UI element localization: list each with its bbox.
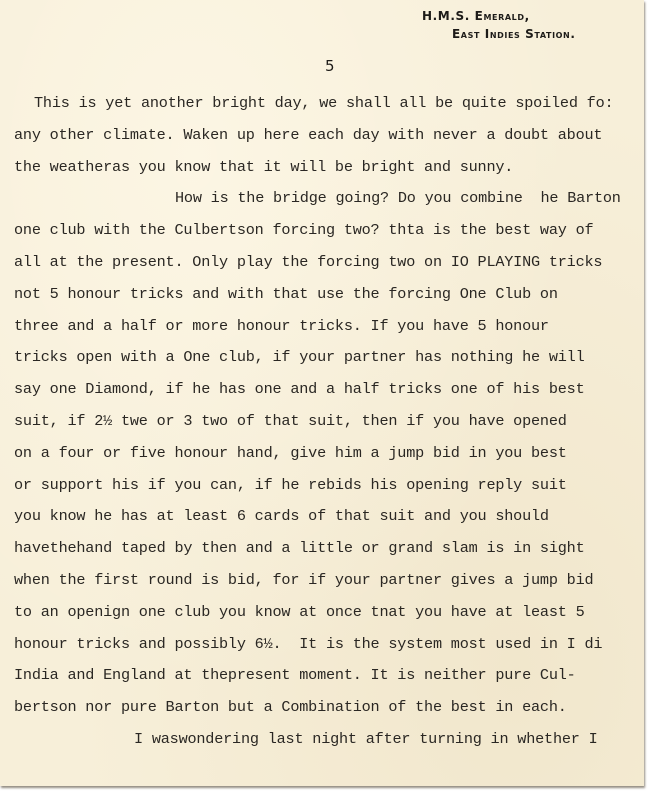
letterhead: H.M.S. Emerald, East Indies Station. bbox=[422, 7, 576, 43]
text-line: India and England at thepresent moment. … bbox=[14, 660, 644, 692]
text-line: How is the bridge going? Do you combine … bbox=[14, 183, 644, 215]
text-line: three and a half or more honour tricks. … bbox=[14, 311, 644, 343]
text-line: when the first round is bid, for if your… bbox=[14, 565, 644, 597]
text-line: or support his if you can, if he rebids … bbox=[14, 470, 644, 502]
letterhead-station: East Indies Station. bbox=[452, 25, 576, 43]
text-line: one club with the Culbertson forcing two… bbox=[14, 215, 644, 247]
text-line: say one Diamond, if he has one and a hal… bbox=[14, 374, 644, 406]
text-line: any other climate. Waken up here each da… bbox=[14, 120, 644, 152]
text-line: I waswondering last night after turning … bbox=[14, 724, 644, 756]
letter-body: This is yet another bright day, we shall… bbox=[14, 88, 644, 756]
text-line: to an openign one club you know at once … bbox=[14, 597, 644, 629]
text-line: This is yet another bright day, we shall… bbox=[14, 88, 644, 120]
letterhead-ship-name: H.M.S. Emerald, bbox=[422, 7, 576, 25]
letter-page: H.M.S. Emerald, East Indies Station. 5 T… bbox=[0, 0, 644, 786]
text-line: you know he has at least 6 cards of that… bbox=[14, 501, 644, 533]
text-line: honour tricks and possibly 6½. It is the… bbox=[14, 629, 644, 661]
text-line: tricks open with a One club, if your par… bbox=[14, 342, 644, 374]
text-line: havethehand taped by then and a little o… bbox=[14, 533, 644, 565]
page-number: 5 bbox=[325, 57, 335, 75]
text-line: not 5 honour tricks and with that use th… bbox=[14, 279, 644, 311]
text-line: the weatheras you know that it will be b… bbox=[14, 152, 644, 184]
text-line: all at the present. Only play the forcin… bbox=[14, 247, 644, 279]
text-line: suit, if 2½ twe or 3 two of that suit, t… bbox=[14, 406, 644, 438]
text-line: bertson nor pure Barton but a Combinatio… bbox=[14, 692, 644, 724]
text-line: on a four or five honour hand, give him … bbox=[14, 438, 644, 470]
